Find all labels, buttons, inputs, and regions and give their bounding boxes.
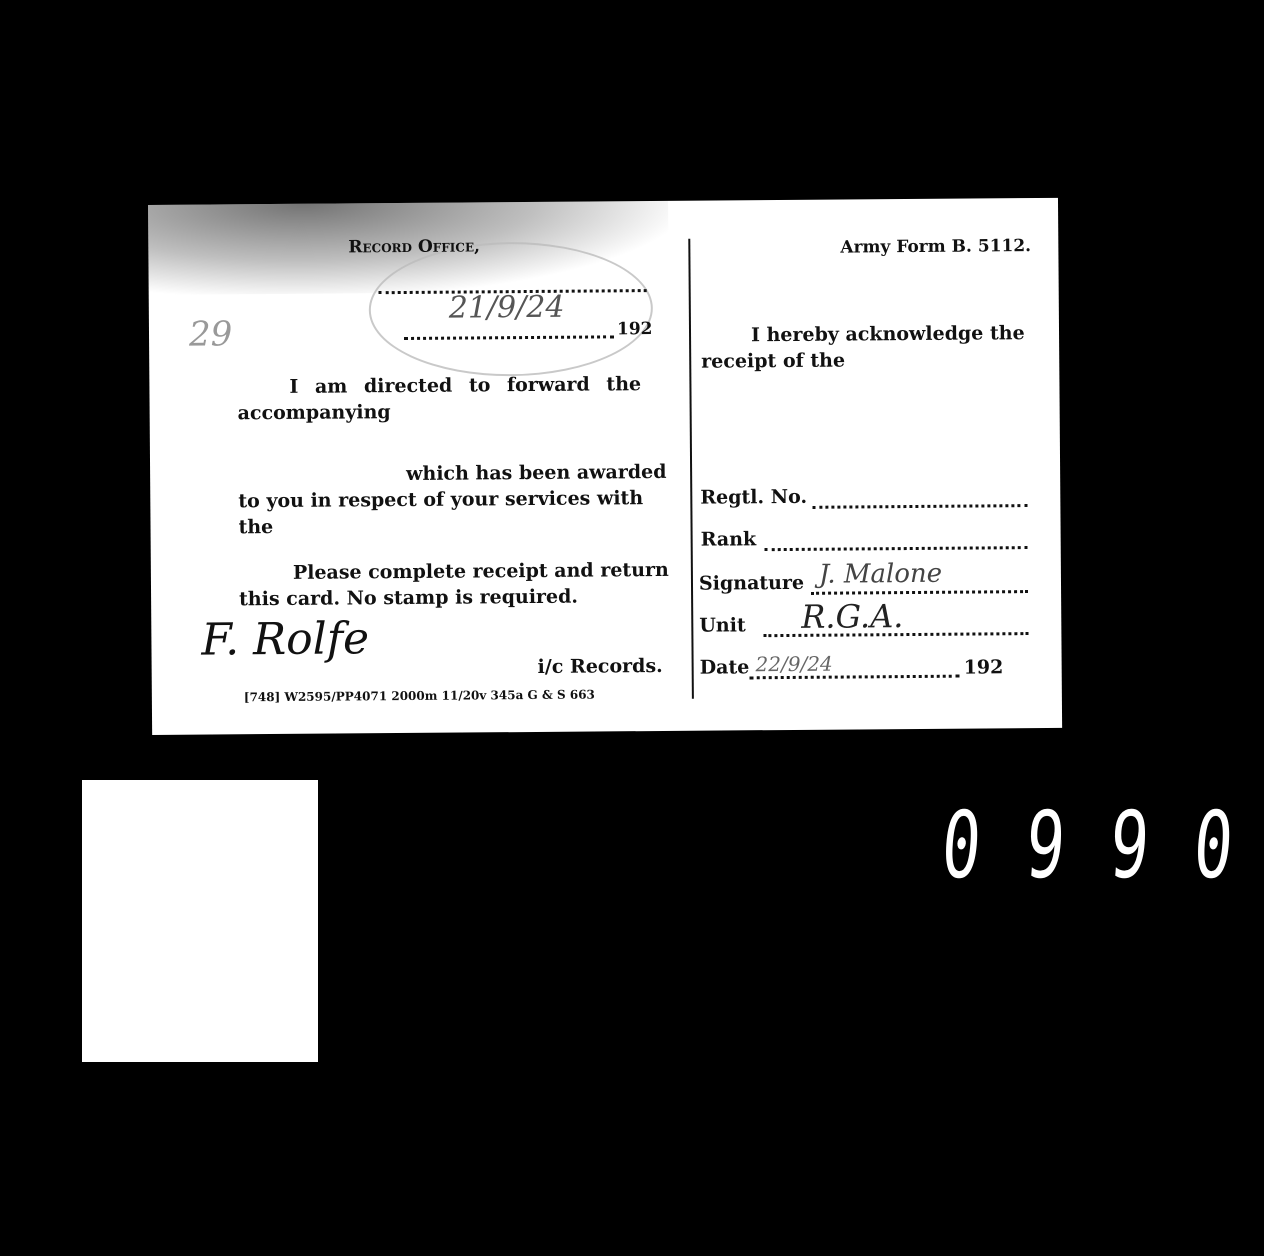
- year-prefix: 192: [617, 319, 653, 339]
- date-year-suffix: 192: [964, 656, 1004, 678]
- date-label: Date: [700, 656, 750, 678]
- paragraph-3-line-1: Please complete receipt and return: [293, 559, 669, 584]
- regtl-no-line: [812, 504, 1027, 509]
- unit-value: R.G.A.: [801, 597, 903, 636]
- counter-digit: 0: [1191, 800, 1234, 892]
- postcard: Record Office, 192 21/9/24 29 I am direc…: [148, 198, 1062, 735]
- regtl-no-label: Regtl. No.: [700, 486, 807, 509]
- paragraph-2-line-3: the: [238, 516, 273, 538]
- paragraph-3-line-2: this card. No stamp is required.: [239, 586, 578, 611]
- rank-line: [765, 546, 1028, 551]
- record-office-heading: Record Office,: [348, 236, 480, 257]
- date-value: 22/9/24: [756, 652, 833, 677]
- unit-label: Unit: [699, 614, 746, 636]
- acknowledge-line-2: receipt of the: [701, 350, 845, 373]
- panel-divider: [688, 239, 694, 699]
- paragraph-1-line-2: accompanying: [238, 401, 391, 424]
- acknowledge-line-1: I hereby acknowledge the: [751, 322, 1025, 346]
- signoff: i/c Records.: [538, 655, 663, 678]
- print-code: [748] W2595/PP4071 2000m 11/20v 345a G &…: [244, 688, 595, 705]
- records-officer-signature: F. Rolfe: [201, 613, 369, 665]
- paragraph-2-line-2: to you in respect of your services with: [238, 487, 643, 512]
- counter-digit: 9: [1023, 800, 1066, 892]
- paragraph-2-line-1: which has been awarded: [406, 461, 667, 485]
- form-number: Army Form B. 5112.: [840, 236, 1031, 257]
- frame-counter: 0 9 9 0: [942, 800, 1246, 892]
- signature-line: [811, 590, 1028, 595]
- rank-label: Rank: [701, 528, 757, 550]
- handwritten-date: 21/9/24: [449, 290, 565, 326]
- signature-value: J. Malone: [819, 559, 942, 590]
- signature-label: Signature: [699, 572, 804, 595]
- blank-reverse-card: [82, 780, 318, 1062]
- paragraph-1-line-1: I am directed to forward the: [289, 373, 641, 398]
- counter-digit: 9: [1107, 800, 1150, 892]
- margin-note: 29: [189, 314, 233, 354]
- counter-digit: 0: [939, 800, 982, 892]
